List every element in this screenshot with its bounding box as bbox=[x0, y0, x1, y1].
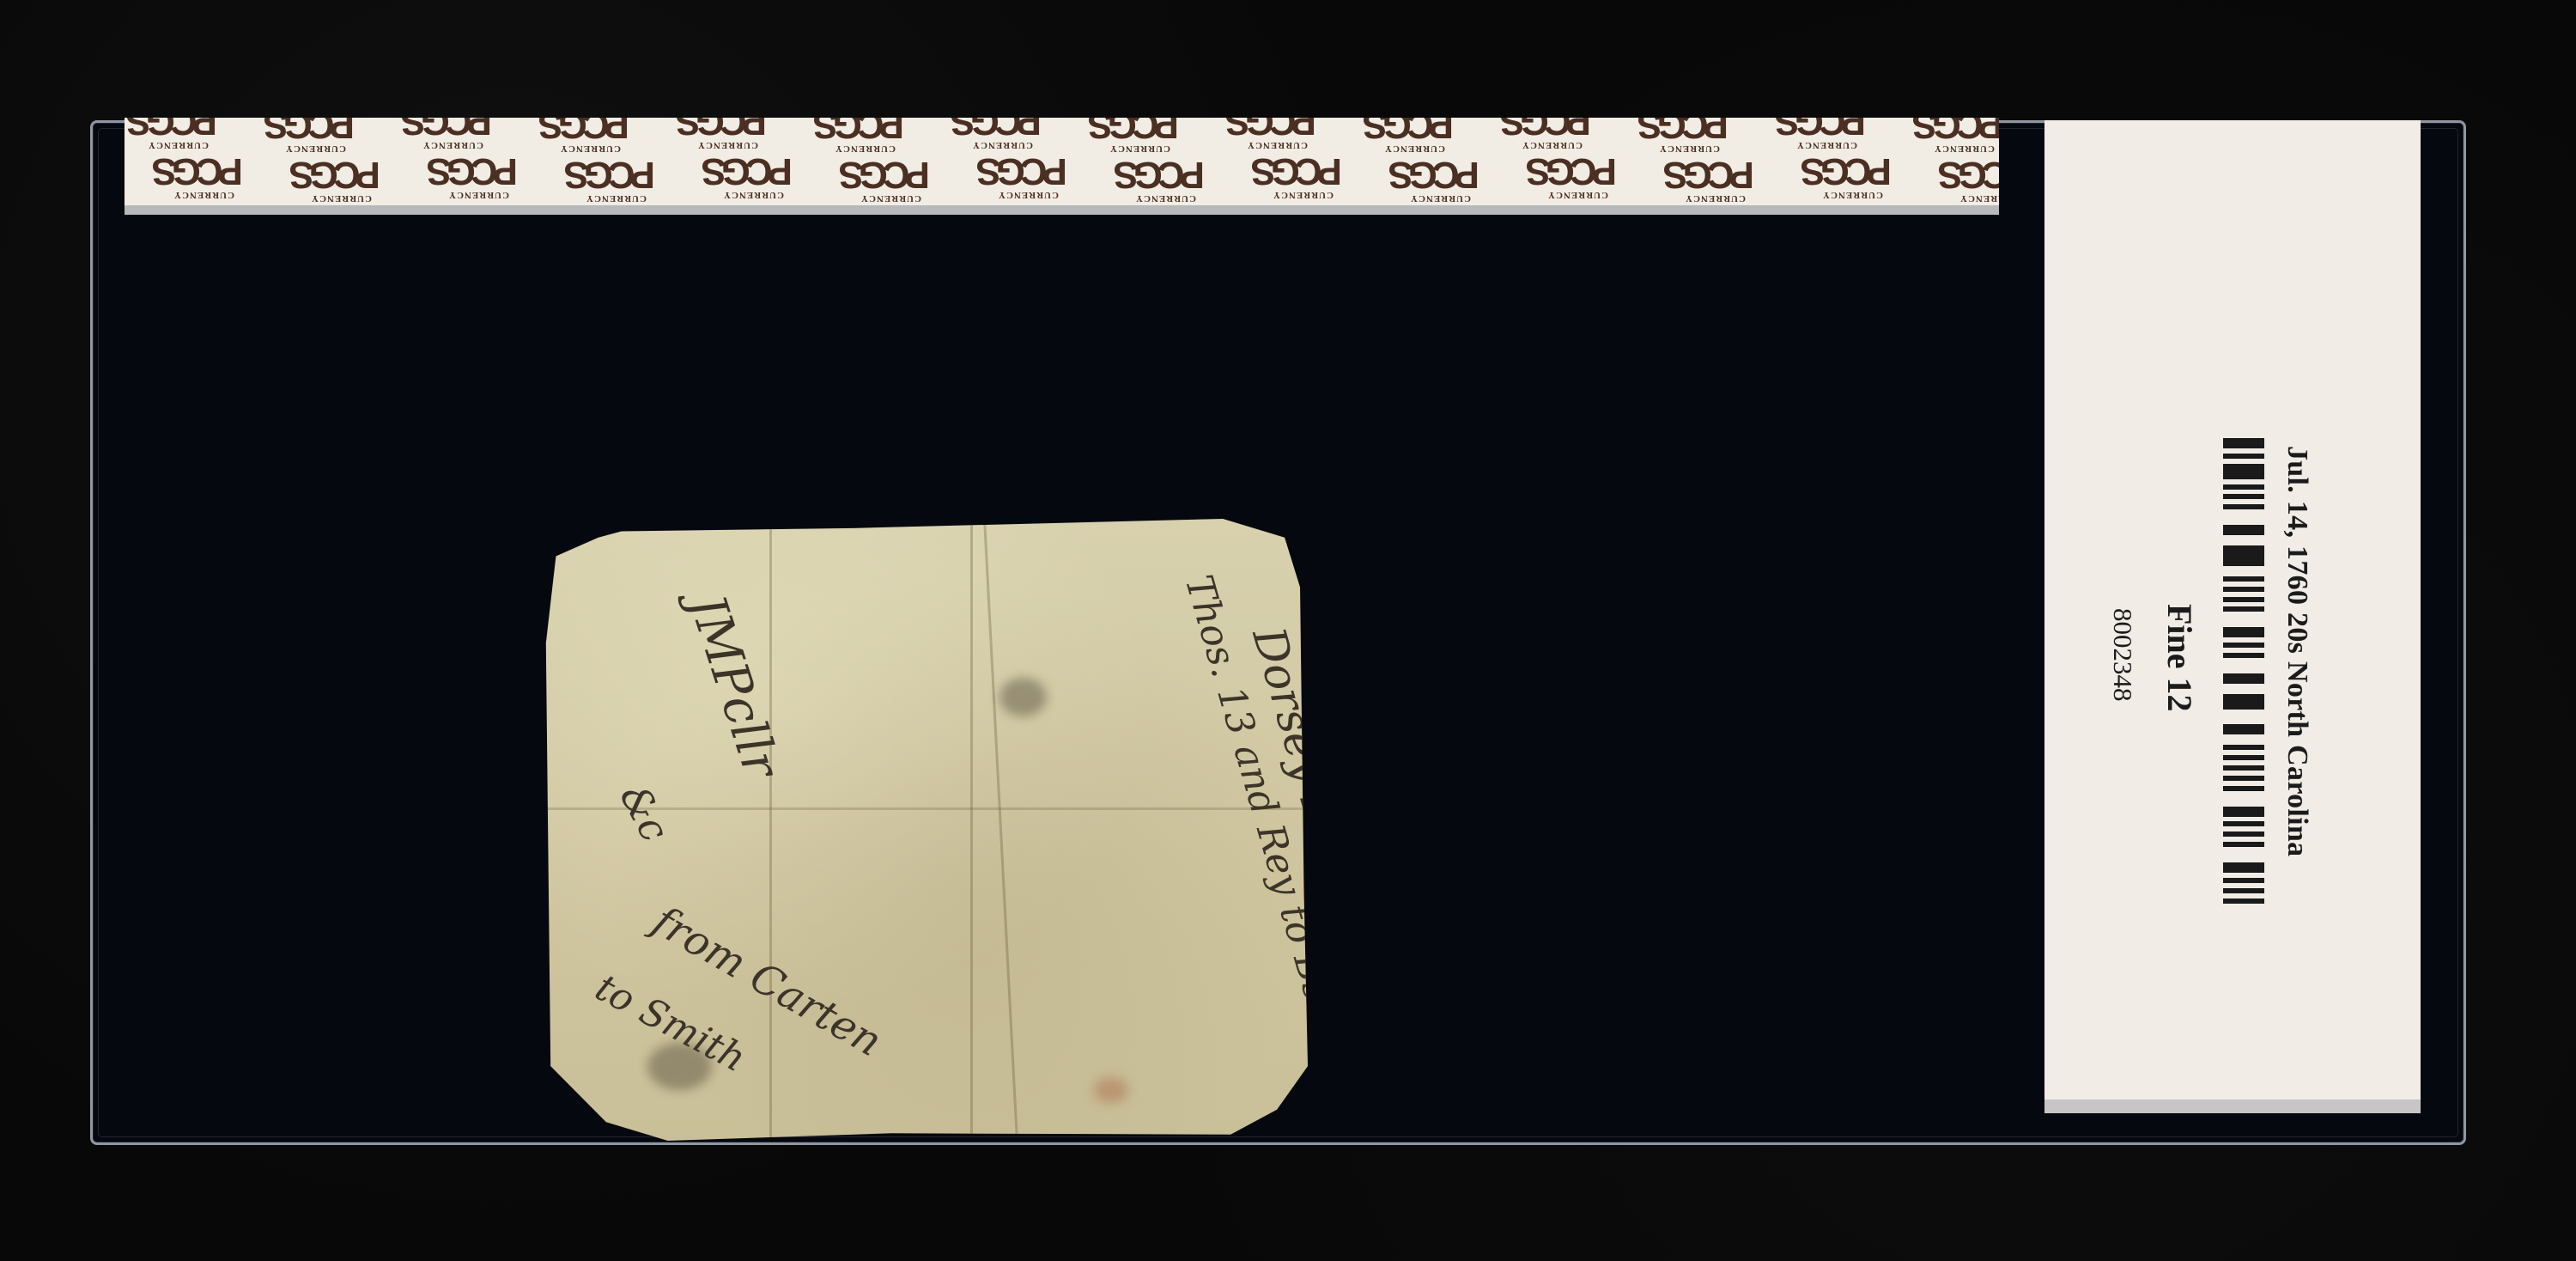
currency-caption: CURRENCY bbox=[1410, 193, 1471, 204]
pcgs-logo-text: PCGS bbox=[1504, 118, 1591, 138]
barcode-bar bbox=[2223, 627, 2264, 637]
pcgs-logo-text: PCGS bbox=[294, 157, 380, 192]
pcgs-logo-icon: PCGSCURRENCY bbox=[1876, 118, 1999, 154]
barcode-bar bbox=[2223, 438, 2264, 448]
pcgs-logo-icon: PCGSCURRENCY bbox=[125, 152, 253, 200]
currency-caption: CURRENCY bbox=[723, 190, 784, 200]
pcgs-logo-icon: PCGSCURRENCY bbox=[1765, 152, 1902, 200]
barcode-bar bbox=[2223, 694, 2264, 710]
currency-caption: CURRENCY bbox=[1135, 193, 1196, 204]
pcgs-logo-icon: PCGSCURRENCY bbox=[228, 118, 365, 154]
pcgs-logo-text: PCGS bbox=[568, 157, 655, 192]
currency-caption: CURRENCY bbox=[586, 193, 647, 204]
currency-note: JMPcllr &c from Carten to Smith Thos. 13… bbox=[544, 519, 1315, 1141]
pcgs-logo-icon: PCGSCURRENCY bbox=[1902, 155, 1999, 204]
currency-caption: CURRENCY bbox=[1522, 140, 1583, 150]
currency-caption: CURRENCY bbox=[998, 190, 1059, 200]
currency-caption: CURRENCY bbox=[148, 140, 209, 150]
barcode-gap bbox=[2223, 684, 2264, 694]
currency-caption: CURRENCY bbox=[285, 143, 346, 154]
currency-caption: CURRENCY bbox=[448, 190, 509, 200]
pcgs-logo-text: PCGS bbox=[131, 118, 217, 138]
pcgs-logo-text: PCGS bbox=[955, 118, 1042, 138]
pcgs-logo-icon: PCGSCURRENCY bbox=[1352, 155, 1490, 204]
note-fold-line bbox=[983, 519, 1018, 1140]
handwritten-signature: JMPcllr bbox=[677, 588, 791, 784]
barcode-bar bbox=[2223, 899, 2264, 904]
barcode-bar bbox=[2223, 807, 2264, 817]
pcgs-logo-icon: PCGSCURRENCY bbox=[1627, 155, 1765, 204]
barcode-bar bbox=[2223, 673, 2264, 684]
pcgs-logo-text: PCGS bbox=[543, 118, 629, 142]
currency-caption: CURRENCY bbox=[1547, 190, 1608, 200]
pcgs-logo-icon: PCGSCURRENCY bbox=[665, 152, 803, 200]
pcgs-logo-text: PCGS bbox=[156, 154, 243, 188]
barcode-bar bbox=[2223, 525, 2264, 535]
pcgs-logo-icon: PCGSCURRENCY bbox=[803, 155, 940, 204]
label-bottom-strip bbox=[2044, 1100, 2421, 1113]
pcgs-logo-icon: PCGSCURRENCY bbox=[940, 152, 1078, 200]
pcgs-logo-icon: PCGSCURRENCY bbox=[777, 118, 914, 154]
grade: Fine 12 bbox=[2160, 604, 2200, 712]
pcgs-logo-icon: PCGSCURRENCY bbox=[914, 118, 1052, 150]
pcgs-logo-text: PCGS bbox=[1092, 118, 1179, 142]
currency-caption: CURRENCY bbox=[1384, 143, 1445, 154]
pcgs-logo-text: PCGS bbox=[1642, 118, 1728, 142]
currency-caption: CURRENCY bbox=[1822, 190, 1883, 200]
pcgs-logo-text: PCGS bbox=[1942, 157, 1999, 192]
barcode-gap bbox=[2223, 509, 2264, 525]
banner-bottom-strip bbox=[125, 205, 1999, 215]
pcgs-logo-text: PCGS bbox=[817, 118, 904, 142]
note-stain bbox=[999, 678, 1047, 716]
pcgs-logo-icon: PCGSCURRENCY bbox=[1327, 118, 1464, 154]
banner-logo-row-top: PCGSCURRENCYPCGSCURRENCYPCGSCURRENCYPCGS… bbox=[125, 118, 1999, 152]
pcgs-logo-text: PCGS bbox=[1779, 118, 1866, 138]
pcgs-logo-text: PCGS bbox=[405, 118, 492, 138]
pcgs-logo-text: PCGS bbox=[1917, 118, 1999, 142]
currency-caption: CURRENCY bbox=[1247, 140, 1308, 150]
pcgs-logo-icon: PCGSCURRENCY bbox=[1189, 118, 1327, 150]
currency-caption: CURRENCY bbox=[1659, 143, 1720, 154]
currency-caption: CURRENCY bbox=[173, 190, 234, 200]
pcgs-logo-text: PCGS bbox=[431, 154, 518, 188]
barcode-gap bbox=[2223, 847, 2264, 862]
currency-caption: CURRENCY bbox=[1685, 193, 1746, 204]
barcode-gap bbox=[2223, 566, 2264, 576]
note-stain bbox=[1094, 1077, 1128, 1103]
currency-caption: CURRENCY bbox=[860, 193, 921, 204]
currency-caption: CURRENCY bbox=[422, 140, 483, 150]
barcode-gap bbox=[2223, 710, 2264, 725]
pcgs-logo-icon: PCGSCURRENCY bbox=[640, 118, 777, 150]
currency-caption: CURRENCY bbox=[835, 143, 896, 154]
pcgs-logo-text: PCGS bbox=[680, 118, 767, 138]
pcgs-logo-icon: PCGSCURRENCY bbox=[502, 118, 640, 154]
currency-caption: CURRENCY bbox=[560, 143, 621, 154]
barcode-bar bbox=[2223, 724, 2264, 734]
pcgs-logo-text: PCGS bbox=[706, 154, 793, 188]
pcgs-logo-icon: PCGSCURRENCY bbox=[365, 118, 502, 150]
banner-logo-row-bottom: PCGSCURRENCYPCGSCURRENCYPCGSCURRENCYPCGS… bbox=[125, 154, 1999, 202]
pcgs-logo-text: PCGS bbox=[1230, 118, 1316, 138]
currency-caption: CURRENCY bbox=[1109, 143, 1170, 154]
barcode-icon bbox=[2223, 438, 2264, 904]
cert-number: 8002348 bbox=[2107, 608, 2138, 702]
barcode-gap bbox=[2223, 612, 2264, 627]
barcode-bar bbox=[2223, 545, 2264, 566]
note-fold-line bbox=[970, 519, 973, 1141]
pcgs-logo-icon: PCGSCURRENCY bbox=[1490, 152, 1627, 200]
pcgs-logo-icon: PCGSCURRENCY bbox=[1464, 118, 1601, 150]
pcgs-logo-icon: PCGSCURRENCY bbox=[1052, 118, 1189, 154]
pcgs-logo-text: PCGS bbox=[1530, 154, 1617, 188]
pcgs-logo-icon: PCGSCURRENCY bbox=[125, 118, 228, 150]
pcgs-logo-text: PCGS bbox=[1367, 118, 1454, 142]
currency-caption: CURRENCY bbox=[1796, 140, 1857, 150]
currency-caption: CURRENCY bbox=[1934, 143, 1995, 154]
pcgs-logo-text: PCGS bbox=[1805, 154, 1892, 188]
pcgs-logo-icon: PCGSCURRENCY bbox=[391, 152, 528, 200]
handwritten-text: &c bbox=[611, 777, 678, 849]
currency-caption: CURRENCY bbox=[972, 140, 1033, 150]
pcgs-logo-text: PCGS bbox=[268, 118, 355, 142]
note-fold-line bbox=[769, 519, 772, 1141]
barcode-gap bbox=[2223, 734, 2264, 745]
pcgs-logo-icon: PCGSCURRENCY bbox=[1739, 118, 1876, 150]
pcgs-logo-text: PCGS bbox=[843, 157, 930, 192]
pcgs-logo-icon: PCGSCURRENCY bbox=[253, 155, 391, 204]
currency-caption: CURRENCY bbox=[1273, 190, 1334, 200]
pcgs-logo-icon: PCGSCURRENCY bbox=[1601, 118, 1739, 154]
pcgs-logo-text: PCGS bbox=[981, 154, 1067, 188]
barcode-bar bbox=[2223, 862, 2264, 873]
pcgs-logo-text: PCGS bbox=[1668, 157, 1754, 192]
pcgs-currency-banner: PCGSCURRENCYPCGSCURRENCYPCGSCURRENCYPCGS… bbox=[125, 118, 1999, 215]
pcgs-logo-icon: PCGSCURRENCY bbox=[1215, 152, 1352, 200]
pcgs-logo-text: PCGS bbox=[1393, 157, 1479, 192]
pcgs-logo-icon: PCGSCURRENCY bbox=[528, 155, 665, 204]
barcode-gap bbox=[2223, 658, 2264, 673]
pcgs-logo-icon: PCGSCURRENCY bbox=[1078, 155, 1215, 204]
pcgs-logo-text: PCGS bbox=[1255, 154, 1342, 188]
barcode-gap bbox=[2223, 535, 2264, 545]
currency-caption: CURRENCY bbox=[697, 140, 758, 150]
note-title: Jul. 14, 1760 20s North Carolina bbox=[2281, 446, 2313, 880]
pcgs-logo-text: PCGS bbox=[1118, 157, 1205, 192]
barcode-gap bbox=[2223, 791, 2264, 807]
currency-caption: CURRENCY bbox=[1959, 193, 1999, 204]
barcode-bar bbox=[2223, 464, 2264, 479]
currency-caption: CURRENCY bbox=[311, 193, 372, 204]
